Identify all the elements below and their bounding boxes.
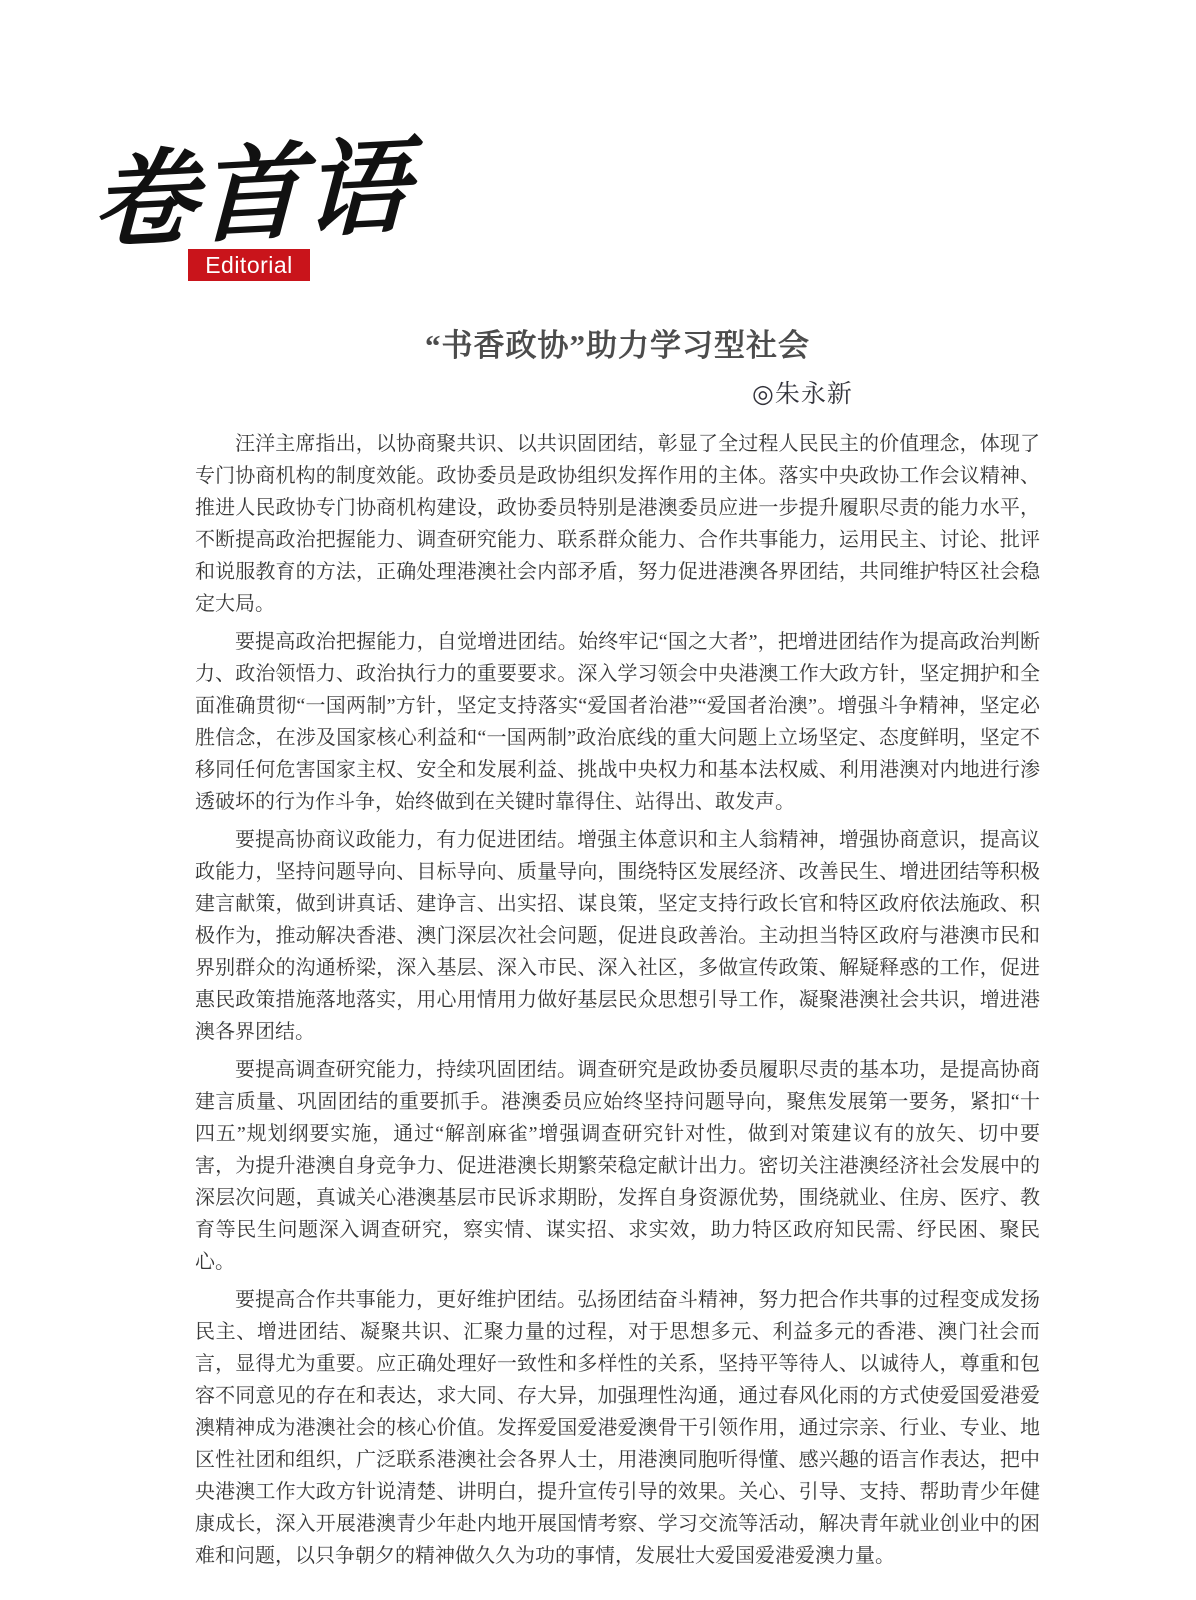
paragraph-3: 要提高协商议政能力，有力促进团结。增强主体意识和主人翁精神，增强协商意识，提高议… <box>195 824 1040 1048</box>
article-author: ◎朱永新 <box>752 374 853 410</box>
editorial-badge: Editorial <box>188 249 310 281</box>
paragraph-5: 要提高合作共事能力，更好维护团结。弘扬团结奋斗精神，努力把合作共事的过程变成发扬… <box>195 1284 1040 1572</box>
article-title: “书香政协”助力学习型社会 <box>195 320 1040 365</box>
editorial-page: 卷首语 Editorial “书香政协”助力学习型社会 ◎朱永新 汪洋主席指出，… <box>0 0 1196 1600</box>
paragraph-1: 汪洋主席指出，以协商聚共识、以共识固团结，彰显了全过程人民民主的价值理念，体现了… <box>195 428 1040 620</box>
masthead: 卷首语 Editorial <box>0 0 1196 300</box>
paragraph-2: 要提高政治把握能力，自觉增进团结。始终牢记“国之大者”，把增进团结作为提高政治判… <box>195 626 1040 818</box>
article-body: 汪洋主席指出，以协商聚共识、以共识固团结，彰显了全过程人民民主的价值理念，体现了… <box>195 428 1040 1578</box>
paragraph-4: 要提高调查研究能力，持续巩固团结。调查研究是政协委员履职尽责的基本功，是提高协商… <box>195 1054 1040 1278</box>
